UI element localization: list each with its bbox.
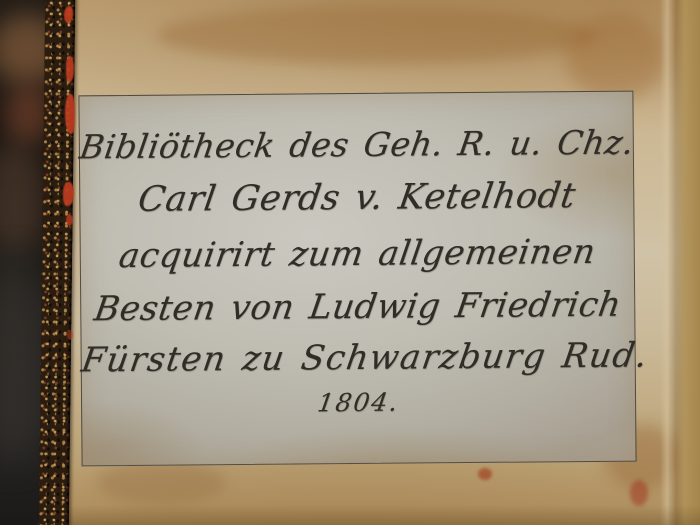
exlibris-label: Bibliötheck des Geh. R. u. Chz. Carl Ger…	[78, 91, 636, 467]
red-edge-paint	[67, 330, 73, 340]
page-fold-edge	[660, 0, 700, 525]
stain	[96, 460, 226, 504]
stain	[630, 480, 648, 506]
red-edge-paint	[65, 94, 75, 134]
inscription-line-2: Carl Gerds v. Ketelhodt	[77, 175, 636, 221]
inscription-line-5: Fürsten zu Schwarzburg Rud.	[79, 336, 638, 381]
inscription-year: 1804.	[80, 385, 637, 419]
book-cover-photo: Bibliötheck des Geh. R. u. Chz. Carl Ger…	[0, 0, 700, 525]
inscription-line-4: Besten von Ludwig Friedrich	[78, 285, 637, 330]
blurred-background-object	[0, 255, 40, 465]
stain	[156, 6, 596, 64]
inscription: Bibliötheck des Geh. R. u. Chz. Carl Ger…	[79, 92, 635, 420]
stain	[478, 468, 492, 480]
inscription-line-3: acquirirt zum allgemeinen	[78, 232, 637, 277]
red-edge-paint	[66, 214, 73, 226]
bottom-shadow	[56, 505, 700, 525]
stain	[566, 14, 666, 100]
blurred-background-object	[0, 140, 46, 255]
inscription-line-1: Bibliötheck des Geh. R. u. Chz.	[77, 124, 636, 168]
